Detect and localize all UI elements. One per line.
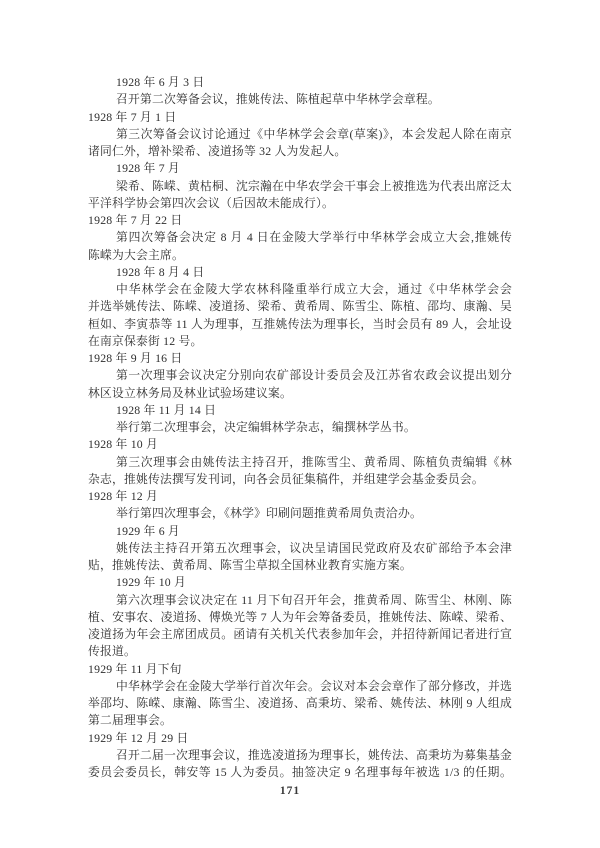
- body-text-line: 第六次理事会议决定在 11 月下旬召开年会，推黄希周、陈雪尘、林刚、陈: [88, 592, 512, 609]
- date-heading-line: 1928 年 7 月: [88, 160, 512, 177]
- body-text-line: 第三次筹备会议讨论通过《中华林学会会章(草案)》，本会发起人除在南京: [88, 126, 512, 143]
- body-text-line: 平洋科学协会第四次会议（后因故未能成行）。: [88, 195, 512, 212]
- date-heading-line: 1928 年 9 月 16 日: [88, 350, 512, 367]
- body-text-line: 贴，推姚传法、黄希周、陈雪尘草拟全国林业教育实施方案。: [88, 557, 512, 574]
- body-text-line: 姚传法主持召开第五次理事会，议决呈请国民党政府及农矿部给予本会津: [88, 540, 512, 557]
- date-heading-line: 1928 年 10 月: [88, 436, 512, 453]
- date-heading-line: 1929 年 10 月: [88, 574, 512, 591]
- date-heading-line: 1928 年 8 月 4 日: [88, 264, 512, 281]
- body-text-line: 林区设立林务局及林业试验场建议案。: [88, 385, 512, 402]
- document-page: 1928 年 6 月 3 日召开第二次筹备会议，推姚传法、陈植起草中华林学会章程…: [0, 0, 600, 848]
- body-text-line: 并选举姚传法、陈嵘、凌道扬、梁希、黄希周、陈雪尘、陈植、邵均、康瀚、吴: [88, 298, 512, 315]
- body-text-line: 诸同仁外，增补梁希、凌道扬等 32 人为发起人。: [88, 143, 512, 160]
- body-text-line: 植、安事农、凌道扬、傅焕光等 7 人为年会筹备委员，推姚传法、陈嵘、梁希、: [88, 609, 512, 626]
- body-text-line: 第一次理事会议决定分别向农矿部设计委员会及江苏省农政会议提出划分: [88, 367, 512, 384]
- date-heading-line: 1928 年 12 月: [88, 488, 512, 505]
- date-heading-line: 1928 年 7 月 22 日: [88, 212, 512, 229]
- body-text-line: 举邵均、陈嵘、康瀚、陈雪尘、凌道扬、高秉坊、梁希、姚传法、林刚 9 人组成: [88, 695, 512, 712]
- date-heading-line: 1928 年 6 月 3 日: [88, 74, 512, 91]
- chronicle-text-block: 1928 年 6 月 3 日召开第二次筹备会议，推姚传法、陈植起草中华林学会章程…: [88, 74, 512, 781]
- body-text-line: 传报道。: [88, 643, 512, 660]
- body-text-line: 杂志，推姚传法撰写发刊词，向各会员征集稿件，并组建学会基金委员会。: [88, 471, 512, 488]
- body-text-line: 中华林学会在金陵大学农林科隆重举行成立大会，通过《中华林学会会章》，: [88, 281, 512, 298]
- body-text-line: 委员会委员长，韩安等 15 人为委员。抽签决定 9 名理事每年被选 1/3 的任…: [88, 764, 512, 781]
- body-text-line: 陈嵘为大会主席。: [88, 247, 512, 264]
- date-heading-line: 1929 年 12 月 29 日: [88, 730, 512, 747]
- page-number: 171: [0, 785, 580, 797]
- date-heading-line: 1929 年 11 月下旬: [88, 661, 512, 678]
- date-heading-line: 1928 年 7 月 1 日: [88, 109, 512, 126]
- body-text-line: 第二届理事会。: [88, 712, 512, 729]
- body-text-line: 召开第二次筹备会议，推姚传法、陈植起草中华林学会章程。: [88, 91, 512, 108]
- body-text-line: 举行第四次理事会，《林学》印刷问题推黄希周负责洽办。: [88, 505, 512, 522]
- body-text-line: 梁希、陈嵘、黄枯桐、沈宗瀚在中华农学会干事会上被推选为代表出席泛太: [88, 178, 512, 195]
- date-heading-line: 1928 年 11 月 14 日: [88, 402, 512, 419]
- body-text-line: 凌道扬为年会主席团成员。函请有关机关代表参加年会，并招待新闻记者进行宣: [88, 626, 512, 643]
- body-text-line: 举行第二次理事会，决定编辑林学杂志，编撰林学丛书。: [88, 419, 512, 436]
- body-text-line: 中华林学会在金陵大学举行首次年会。会议对本会会章作了部分修改，并选: [88, 678, 512, 695]
- body-text-line: 第三次理事会由姚传法主持召开，推陈雪尘、黄希周、陈植负责编辑《林学》: [88, 454, 512, 471]
- date-heading-line: 1929 年 6 月: [88, 523, 512, 540]
- body-text-line: 在南京保泰街 12 号。: [88, 333, 512, 350]
- body-text-line: 召开二届一次理事会议，推选凌道扬为理事长，姚传法、高秉坊为募集基金: [88, 747, 512, 764]
- body-text-line: 第四次筹备会决定 8 月 4 日在金陵大学举行中华林学会成立大会,推姚传法、: [88, 229, 512, 246]
- body-text-line: 桓如、李寅恭等 11 人为理事，互推姚传法为理事长，当时会员有 89 人，会址设: [88, 316, 512, 333]
